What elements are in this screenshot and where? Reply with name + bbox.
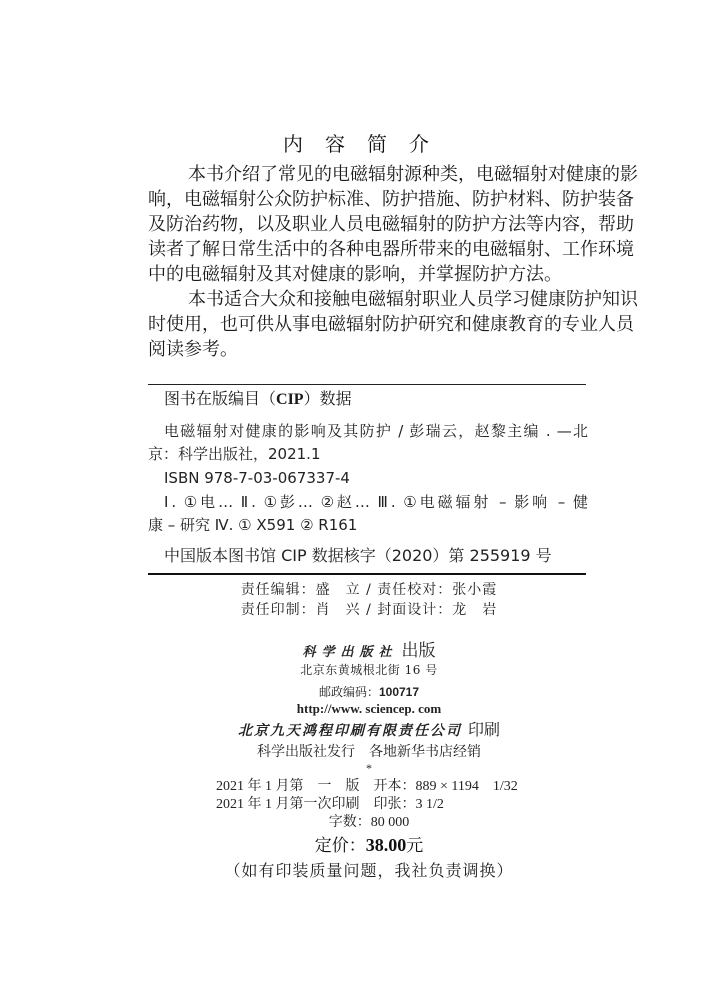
retailer: 各地新华书店经销 <box>369 744 481 760</box>
cip-header-prefix: 图书在版编目（ <box>164 389 276 408</box>
price-label: 定价： <box>315 836 366 856</box>
impression-line: 2021 年 1 月第一次印刷印张：3 1/2 <box>216 796 444 814</box>
word-count: 字数：80 000 <box>0 814 720 832</box>
printer-line: 北京九天鸿程印刷有限责任公司印刷 <box>0 719 720 742</box>
cip-header-suffix: ）数据 <box>304 389 352 408</box>
printer-role: 印刷 <box>468 720 500 739</box>
price-unit: 元 <box>406 836 423 856</box>
cip-top-divider <box>148 384 586 385</box>
cip-header: 图书在版编目（CIP）数据 <box>164 388 352 411</box>
cip-title-line: 电磁辐射对健康的影响及其防护 / 彭瑞云，赵黎主编 . —北 <box>148 420 588 442</box>
edition-line: 2021 年 1 月第 一 版开本：889 × 1194 1/32 <box>216 778 518 796</box>
quality-notice: （如有印装质量问题，我社负责调换） <box>0 859 720 883</box>
publisher-address: 北京东黄城根北街 16 号 <box>0 661 720 679</box>
edition-date: 2021 年 1 月第 一 版 <box>216 779 360 794</box>
cip-isbn: ISBN 978-7-03-067337-4 <box>148 467 588 489</box>
synopsis-text: 本书介绍了常见的电磁辐射源种类，电磁辐射对健康的影 响，电磁辐射公众防护标准、防… <box>148 162 590 362</box>
cip-classification-line: 康 – 研究 Ⅳ. ① X591 ② R161 <box>148 514 588 536</box>
postal-label: 邮政编码： <box>319 685 379 699</box>
credits-production: 责任印制：肖 兴 / 封面设计：龙 岩 <box>0 600 720 620</box>
cip-bottom-divider <box>148 573 586 575</box>
impression-date: 2021 年 1 月第一次印刷 <box>216 797 360 812</box>
cip-classification-line: Ⅰ. ①电… Ⅱ. ①彭… ②赵… Ⅲ. ①电磁辐射 – 影响 – 健 <box>148 491 588 513</box>
publisher-role: 出版 <box>402 641 436 661</box>
printer-name: 北京九天鸿程印刷有限责任公司 <box>238 723 462 739</box>
synopsis-line: 及防治药物，以及职业人员电磁辐射的防护方法等内容，帮助 <box>148 212 590 237</box>
cip-header-bold: CIP <box>276 391 304 408</box>
credits-editors: 责任编辑：盛 立 / 责任校对：张小霞 <box>0 580 720 600</box>
synopsis-line: 读者了解日常生活中的各种电器所带来的电磁辐射、工作环境 <box>148 237 590 262</box>
synopsis-line: 阅读参考。 <box>148 337 590 362</box>
synopsis-line: 响，电磁辐射公众防护标准、防护措施、防护材料、防护装备 <box>148 187 590 212</box>
price-line: 定价：38.00元 <box>0 833 720 858</box>
synopsis-line: 中的电磁辐射及其对健康的影响，并掌握防护方法。 <box>148 262 590 287</box>
distribution-line: 科学出版社发行各地新华书店经销 <box>0 742 720 762</box>
cip-record-number: 中国版本图书馆 CIP 数据核字（2020）第 255919 号 <box>148 545 588 567</box>
postal-code: 100717 <box>379 685 419 699</box>
synopsis-line: 本书介绍了常见的电磁辐射源种类，电磁辐射对健康的影 <box>148 162 590 187</box>
publisher-name: 科学出版社 <box>302 645 397 660</box>
page-title: 内容简介 <box>0 131 720 157</box>
distributor: 科学出版社发行 <box>257 744 355 760</box>
price-value: 38.00 <box>366 835 407 855</box>
section-separator: * <box>0 761 720 775</box>
synopsis-line: 时使用，也可供从事电磁辐射防护研究和健康教育的专业人员 <box>148 312 590 337</box>
synopsis-line: 本书适合大众和接触电磁辐射职业人员学习健康防护知识 <box>148 287 590 312</box>
publisher-url: http://www. sciencep. com <box>0 700 720 718</box>
printed-sheets: 印张：3 1/2 <box>374 797 444 812</box>
cip-title-line: 京：科学出版社，2021.1 <box>148 443 588 465</box>
book-format: 开本：889 × 1194 1/32 <box>374 779 518 794</box>
postal-code-line: 邮政编码：100717 <box>0 683 720 701</box>
